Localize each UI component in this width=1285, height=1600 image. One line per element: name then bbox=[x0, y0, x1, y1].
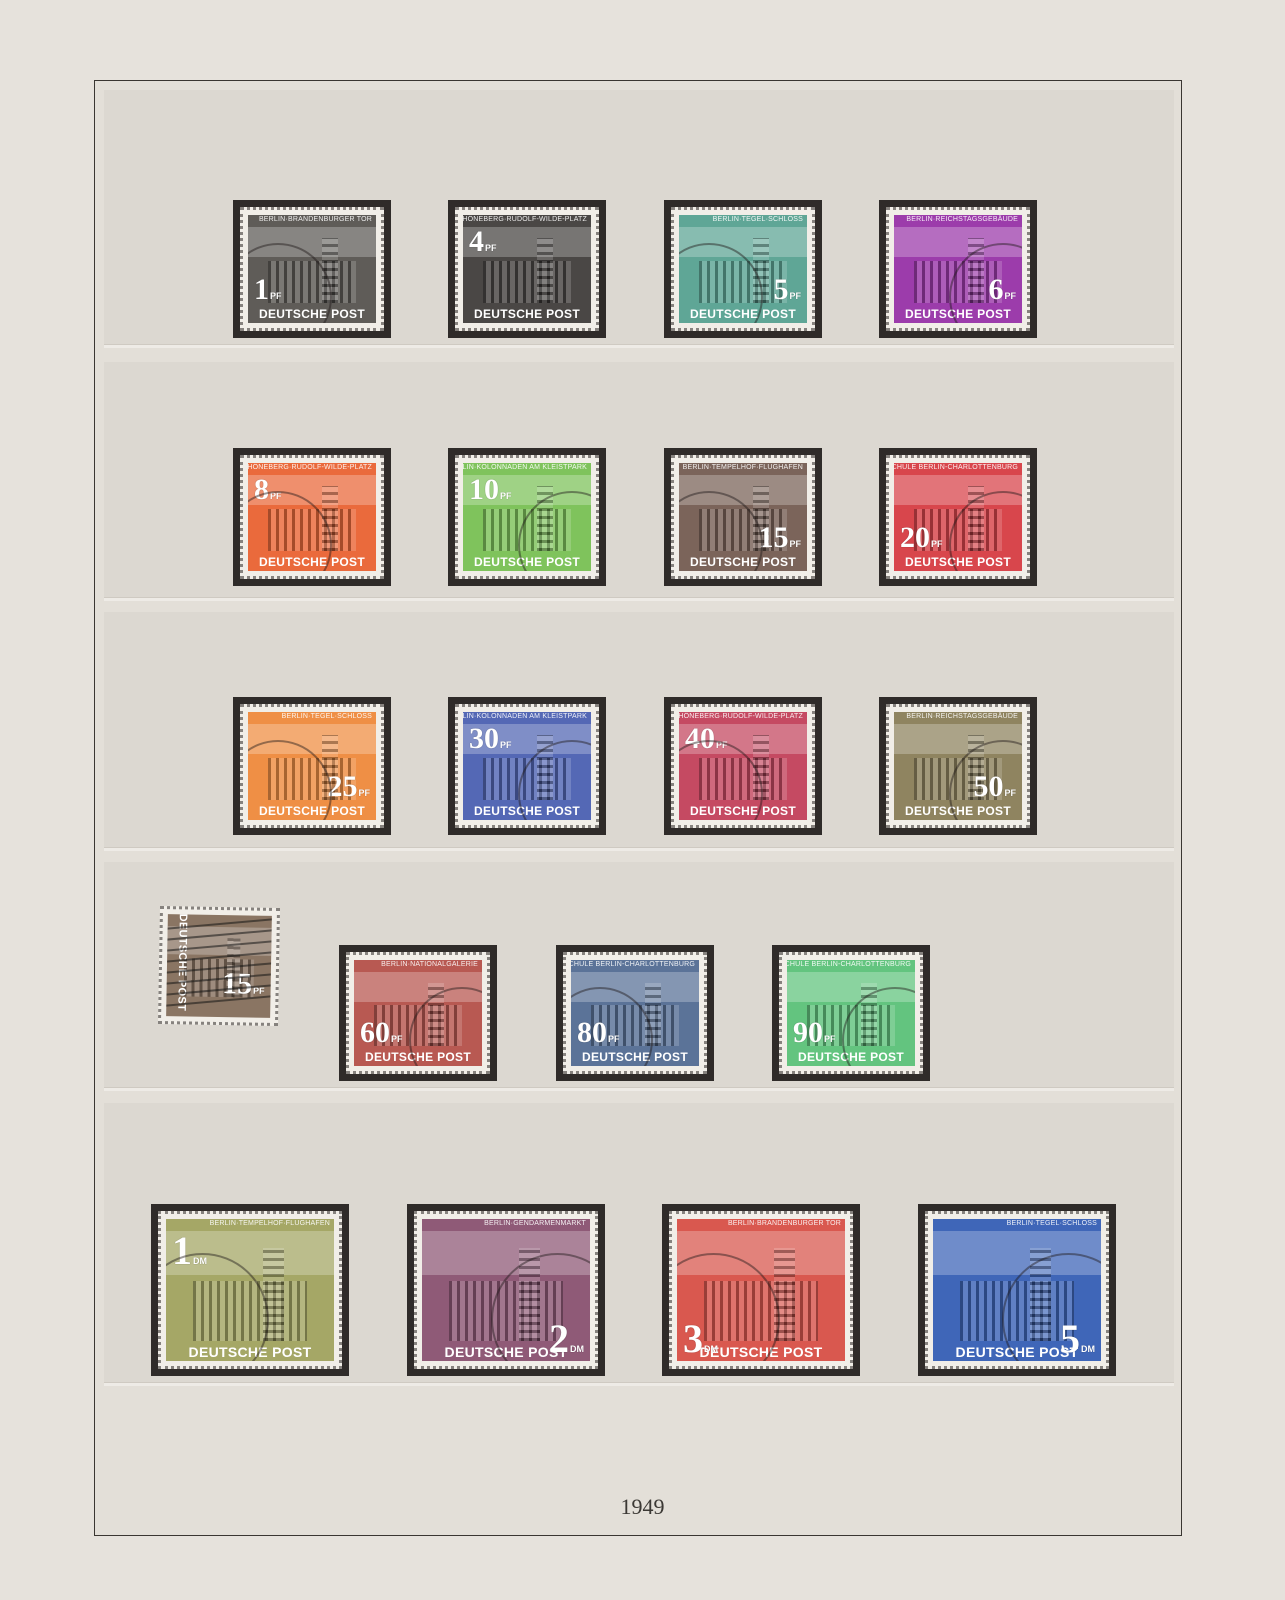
stamp-2-dm[interactable]: BERLIN·GENDARMENMARKTDEUTSCHE POST2DM bbox=[414, 1211, 598, 1369]
stamp-design: BERLIN·KOLONNADEN AM KLEISTPARKDEUTSCHE … bbox=[463, 463, 591, 571]
stamp-place-legend: TECHNISCHE HOCHSCHULE BERLIN-CHARLOTTENB… bbox=[787, 961, 911, 968]
stamp-design: TECHNISCHE HOCHSCHULE BERLIN-CHARLOTTENB… bbox=[787, 960, 915, 1066]
stamp-90-pf[interactable]: TECHNISCHE HOCHSCHULE BERLIN-CHARLOTTENB… bbox=[779, 952, 923, 1074]
stamp-design: BERLIN·BRANDENBURGER TORDEUTSCHE POST1PF bbox=[248, 215, 376, 323]
stamp-place-legend: TECHNISCHE HOCHSCHULE BERLIN-CHARLOTTENB… bbox=[571, 961, 695, 968]
stamp-3-dm[interactable]: BERLIN·BRANDENBURGER TORDEUTSCHE POST3DM bbox=[669, 1211, 853, 1369]
stamp-50-pf[interactable]: BERLIN·REICHSTAGSGEBÄUDEDEUTSCHE POST50P… bbox=[886, 704, 1030, 828]
stamp-denomination: 90PF bbox=[793, 1018, 836, 1048]
stamp-design: BERLIN·SCHÖNEBERG·RUDOLF-WILDE-PLATZDEUT… bbox=[248, 463, 376, 571]
stamp-80-pf[interactable]: TECHNISCHE HOCHSCHULE BERLIN-CHARLOTTENB… bbox=[563, 952, 707, 1074]
stamp-mount: BERLIN·NATIONALGALERIEDEUTSCHE POST60PF bbox=[339, 945, 497, 1081]
stamp-8-pf[interactable]: BERLIN·SCHÖNEBERG·RUDOLF-WILDE-PLATZDEUT… bbox=[240, 455, 384, 579]
stamp-design: BERLIN·REICHSTAGSGEBÄUDEDEUTSCHE POST50P… bbox=[894, 712, 1022, 820]
stamp-1-pf[interactable]: BERLIN·BRANDENBURGER TORDEUTSCHE POST1PF bbox=[240, 207, 384, 331]
stamp-design: TECHNISCHE HOCHSCHULE BERLIN-CHARLOTTENB… bbox=[894, 463, 1022, 571]
stamp-design: DEUTSCHE POST15PF bbox=[166, 914, 272, 1018]
stamp-place-legend: BERLIN·SCHÖNEBERG·RUDOLF-WILDE-PLATZ bbox=[679, 713, 803, 720]
stamp-denomination: 10PF bbox=[469, 475, 512, 505]
stamp-60-pf[interactable]: BERLIN·NATIONALGALERIEDEUTSCHE POST60PF bbox=[346, 952, 490, 1074]
stamp-place-legend: BERLIN·TEGEL·SCHLOSS bbox=[1007, 1220, 1097, 1227]
stamp-15-pf[interactable]: DEUTSCHE POST15PF bbox=[158, 906, 280, 1026]
stamp-25-pf[interactable]: BERLIN·TEGEL·SCHLOSSDEUTSCHE POST25PF bbox=[240, 704, 384, 828]
stamp-country-text: DEUTSCHE POST bbox=[679, 802, 807, 820]
stamp-design: BERLIN·TEGEL·SCHLOSSDEUTSCHE POST5PF bbox=[679, 215, 807, 323]
stamp-5-dm[interactable]: BERLIN·TEGEL·SCHLOSSDEUTSCHE POST5DM bbox=[925, 1211, 1109, 1369]
stamp-mount: BERLIN·KOLONNADEN AM KLEISTPARKDEUTSCHE … bbox=[448, 697, 606, 835]
stamp-country-text: DEUTSCHE POST bbox=[248, 305, 376, 323]
stamp-place-legend: BERLIN·BRANDENBURGER TOR bbox=[259, 216, 372, 223]
stamp-design: BERLIN·TEGEL·SCHLOSSDEUTSCHE POST5DM bbox=[933, 1219, 1101, 1361]
stamp-place-legend: TECHNISCHE HOCHSCHULE BERLIN-CHARLOTTENB… bbox=[894, 464, 1018, 471]
stamp-design: BERLIN·TEMPELHOF·FLUGHAFENDEUTSCHE POST1… bbox=[166, 1219, 334, 1361]
stamp-place-legend: BERLIN·SCHÖNEBERG·RUDOLF-WILDE-PLATZ bbox=[248, 464, 372, 471]
stamp-place-legend: BERLIN·KOLONNADEN AM KLEISTPARK bbox=[463, 464, 587, 471]
stamp-country-text: DEUTSCHE POST bbox=[172, 914, 192, 1017]
stamp-country-text: DEUTSCHE POST bbox=[463, 305, 591, 323]
stamp-country-text: DEUTSCHE POST bbox=[894, 553, 1022, 571]
stamp-mount: BERLIN·TEGEL·SCHLOSSDEUTSCHE POST25PF bbox=[233, 697, 391, 835]
stamp-country-text: DEUTSCHE POST bbox=[679, 305, 807, 323]
page-year-label: 1949 bbox=[0, 1494, 1285, 1520]
stamp-6-pf[interactable]: BERLIN·REICHSTAGSGEBÄUDEDEUTSCHE POST6PF bbox=[886, 207, 1030, 331]
stamp-design: BERLIN·TEGEL·SCHLOSSDEUTSCHE POST25PF bbox=[248, 712, 376, 820]
stamp-place-legend: BERLIN·TEGEL·SCHLOSS bbox=[713, 216, 803, 223]
stamp-place-legend: BERLIN·GENDARMENMARKT bbox=[484, 1220, 586, 1227]
stamp-denomination: 25PF bbox=[327, 772, 370, 802]
stamp-denomination: 5DM bbox=[1060, 1319, 1095, 1359]
stamp-country-text: DEUTSCHE POST bbox=[463, 553, 591, 571]
stamp-mount: BERLIN·TEMPELHOF·FLUGHAFENDEUTSCHE POST1… bbox=[151, 1204, 349, 1376]
stamp-denomination: 4PF bbox=[469, 227, 497, 257]
stamp-40-pf[interactable]: BERLIN·SCHÖNEBERG·RUDOLF-WILDE-PLATZDEUT… bbox=[671, 704, 815, 828]
stamp-country-text: DEUTSCHE POST bbox=[248, 553, 376, 571]
stamp-mount: BERLIN·REICHSTAGSGEBÄUDEDEUTSCHE POST6PF bbox=[879, 200, 1037, 338]
stamp-mount: BERLIN·REICHSTAGSGEBÄUDEDEUTSCHE POST50P… bbox=[879, 697, 1037, 835]
stamp-15-pf[interactable]: BERLIN·TEMPELHOF·FLUGHAFENDEUTSCHE POST1… bbox=[671, 455, 815, 579]
stamp-design: BERLIN·REICHSTAGSGEBÄUDEDEUTSCHE POST6PF bbox=[894, 215, 1022, 323]
stamp-design: BERLIN·SCHÖNEBERG·RUDOLF-WILDE-PLATZDEUT… bbox=[679, 712, 807, 820]
stamp-mount: BERLIN·SCHÖNEBERG·RUDOLF-WILDE-PLATZDEUT… bbox=[448, 200, 606, 338]
stamp-denomination: 50PF bbox=[973, 772, 1016, 802]
stamp-place-legend: BERLIN·REICHSTAGSGEBÄUDE bbox=[906, 713, 1018, 720]
stamp-country-text: DEUTSCHE POST bbox=[787, 1048, 915, 1066]
stamp-10-pf[interactable]: BERLIN·KOLONNADEN AM KLEISTPARKDEUTSCHE … bbox=[455, 455, 599, 579]
stamp-country-text: DEUTSCHE POST bbox=[571, 1048, 699, 1066]
stamp-denomination: 5PF bbox=[773, 275, 801, 305]
stamp-denomination: 80PF bbox=[577, 1018, 620, 1048]
stamp-20-pf[interactable]: TECHNISCHE HOCHSCHULE BERLIN-CHARLOTTENB… bbox=[886, 455, 1030, 579]
stamp-design: BERLIN·KOLONNADEN AM KLEISTPARKDEUTSCHE … bbox=[463, 712, 591, 820]
stamp-mount: BERLIN·BRANDENBURGER TORDEUTSCHE POST3DM bbox=[662, 1204, 860, 1376]
stamp-denomination: 1PF bbox=[254, 275, 282, 305]
stamp-design: TECHNISCHE HOCHSCHULE BERLIN-CHARLOTTENB… bbox=[571, 960, 699, 1066]
stamp-mount: BERLIN·SCHÖNEBERG·RUDOLF-WILDE-PLATZDEUT… bbox=[233, 448, 391, 586]
stamp-mount: BERLIN·TEGEL·SCHLOSSDEUTSCHE POST5PF bbox=[664, 200, 822, 338]
stamp-denomination: 15PF bbox=[222, 969, 265, 1000]
stamp-place-legend: BERLIN·KOLONNADEN AM KLEISTPARK bbox=[463, 713, 587, 720]
stamp-country-text: DEUTSCHE POST bbox=[248, 802, 376, 820]
stamp-place-legend: BERLIN·NATIONALGALERIE bbox=[381, 961, 478, 968]
stamp-mount: BERLIN·TEMPELHOF·FLUGHAFENDEUTSCHE POST1… bbox=[664, 448, 822, 586]
stamp-country-text: DEUTSCHE POST bbox=[679, 553, 807, 571]
stamp-denomination: 3DM bbox=[683, 1319, 718, 1359]
stamp-country-text: DEUTSCHE POST bbox=[463, 802, 591, 820]
stamp-place-legend: BERLIN·SCHÖNEBERG·RUDOLF-WILDE-PLATZ bbox=[463, 216, 587, 223]
stamp-denomination: 20PF bbox=[900, 523, 943, 553]
stamp-mount: DEUTSCHE POST15PF bbox=[159, 907, 279, 1025]
stamp-design: BERLIN·NATIONALGALERIEDEUTSCHE POST60PF bbox=[354, 960, 482, 1066]
stamp-5-pf[interactable]: BERLIN·TEGEL·SCHLOSSDEUTSCHE POST5PF bbox=[671, 207, 815, 331]
stamp-country-text: DEUTSCHE POST bbox=[894, 802, 1022, 820]
stamp-mount: TECHNISCHE HOCHSCHULE BERLIN-CHARLOTTENB… bbox=[772, 945, 930, 1081]
stamp-mount: TECHNISCHE HOCHSCHULE BERLIN-CHARLOTTENB… bbox=[556, 945, 714, 1081]
stamp-place-legend: BERLIN·TEMPELHOF·FLUGHAFEN bbox=[683, 464, 803, 471]
stamp-mount: BERLIN·SCHÖNEBERG·RUDOLF-WILDE-PLATZDEUT… bbox=[664, 697, 822, 835]
stamp-country-text: DEUTSCHE POST bbox=[354, 1048, 482, 1066]
stamp-denomination: 15PF bbox=[758, 523, 801, 553]
stamp-mount: BERLIN·TEGEL·SCHLOSSDEUTSCHE POST5DM bbox=[918, 1204, 1116, 1376]
stamp-denomination: 6PF bbox=[988, 275, 1016, 305]
stamp-mount: BERLIN·GENDARMENMARKTDEUTSCHE POST2DM bbox=[407, 1204, 605, 1376]
stamp-country-text: DEUTSCHE POST bbox=[894, 305, 1022, 323]
stamp-denomination: 1DM bbox=[172, 1231, 207, 1359]
stamp-denomination: 2DM bbox=[549, 1319, 584, 1359]
stamp-mount: BERLIN·KOLONNADEN AM KLEISTPARKDEUTSCHE … bbox=[448, 448, 606, 586]
stamp-place-legend: BERLIN·REICHSTAGSGEBÄUDE bbox=[906, 216, 1018, 223]
stamp-denomination: 60PF bbox=[360, 1018, 403, 1048]
stamp-design: BERLIN·TEMPELHOF·FLUGHAFENDEUTSCHE POST1… bbox=[679, 463, 807, 571]
stamp-design: BERLIN·BRANDENBURGER TORDEUTSCHE POST3DM bbox=[677, 1219, 845, 1361]
stamp-4-pf[interactable]: BERLIN·SCHÖNEBERG·RUDOLF-WILDE-PLATZDEUT… bbox=[455, 207, 599, 331]
stamp-denomination: 40PF bbox=[685, 724, 728, 754]
stamp-mount: TECHNISCHE HOCHSCHULE BERLIN-CHARLOTTENB… bbox=[879, 448, 1037, 586]
stamp-denomination: 8PF bbox=[254, 475, 282, 505]
stamp-place-legend: BERLIN·TEMPELHOF·FLUGHAFEN bbox=[210, 1220, 330, 1227]
stamp-design: BERLIN·SCHÖNEBERG·RUDOLF-WILDE-PLATZDEUT… bbox=[463, 215, 591, 323]
stamp-place-legend: BERLIN·BRANDENBURGER TOR bbox=[728, 1220, 841, 1227]
stamp-place-legend: BERLIN·TEGEL·SCHLOSS bbox=[282, 713, 372, 720]
stamp-30-pf[interactable]: BERLIN·KOLONNADEN AM KLEISTPARKDEUTSCHE … bbox=[455, 704, 599, 828]
stamp-denomination: 30PF bbox=[469, 724, 512, 754]
stamp-mount: BERLIN·BRANDENBURGER TORDEUTSCHE POST1PF bbox=[233, 200, 391, 338]
stamp-1-dm[interactable]: BERLIN·TEMPELHOF·FLUGHAFENDEUTSCHE POST1… bbox=[158, 1211, 342, 1369]
stamp-design: BERLIN·GENDARMENMARKTDEUTSCHE POST2DM bbox=[422, 1219, 590, 1361]
